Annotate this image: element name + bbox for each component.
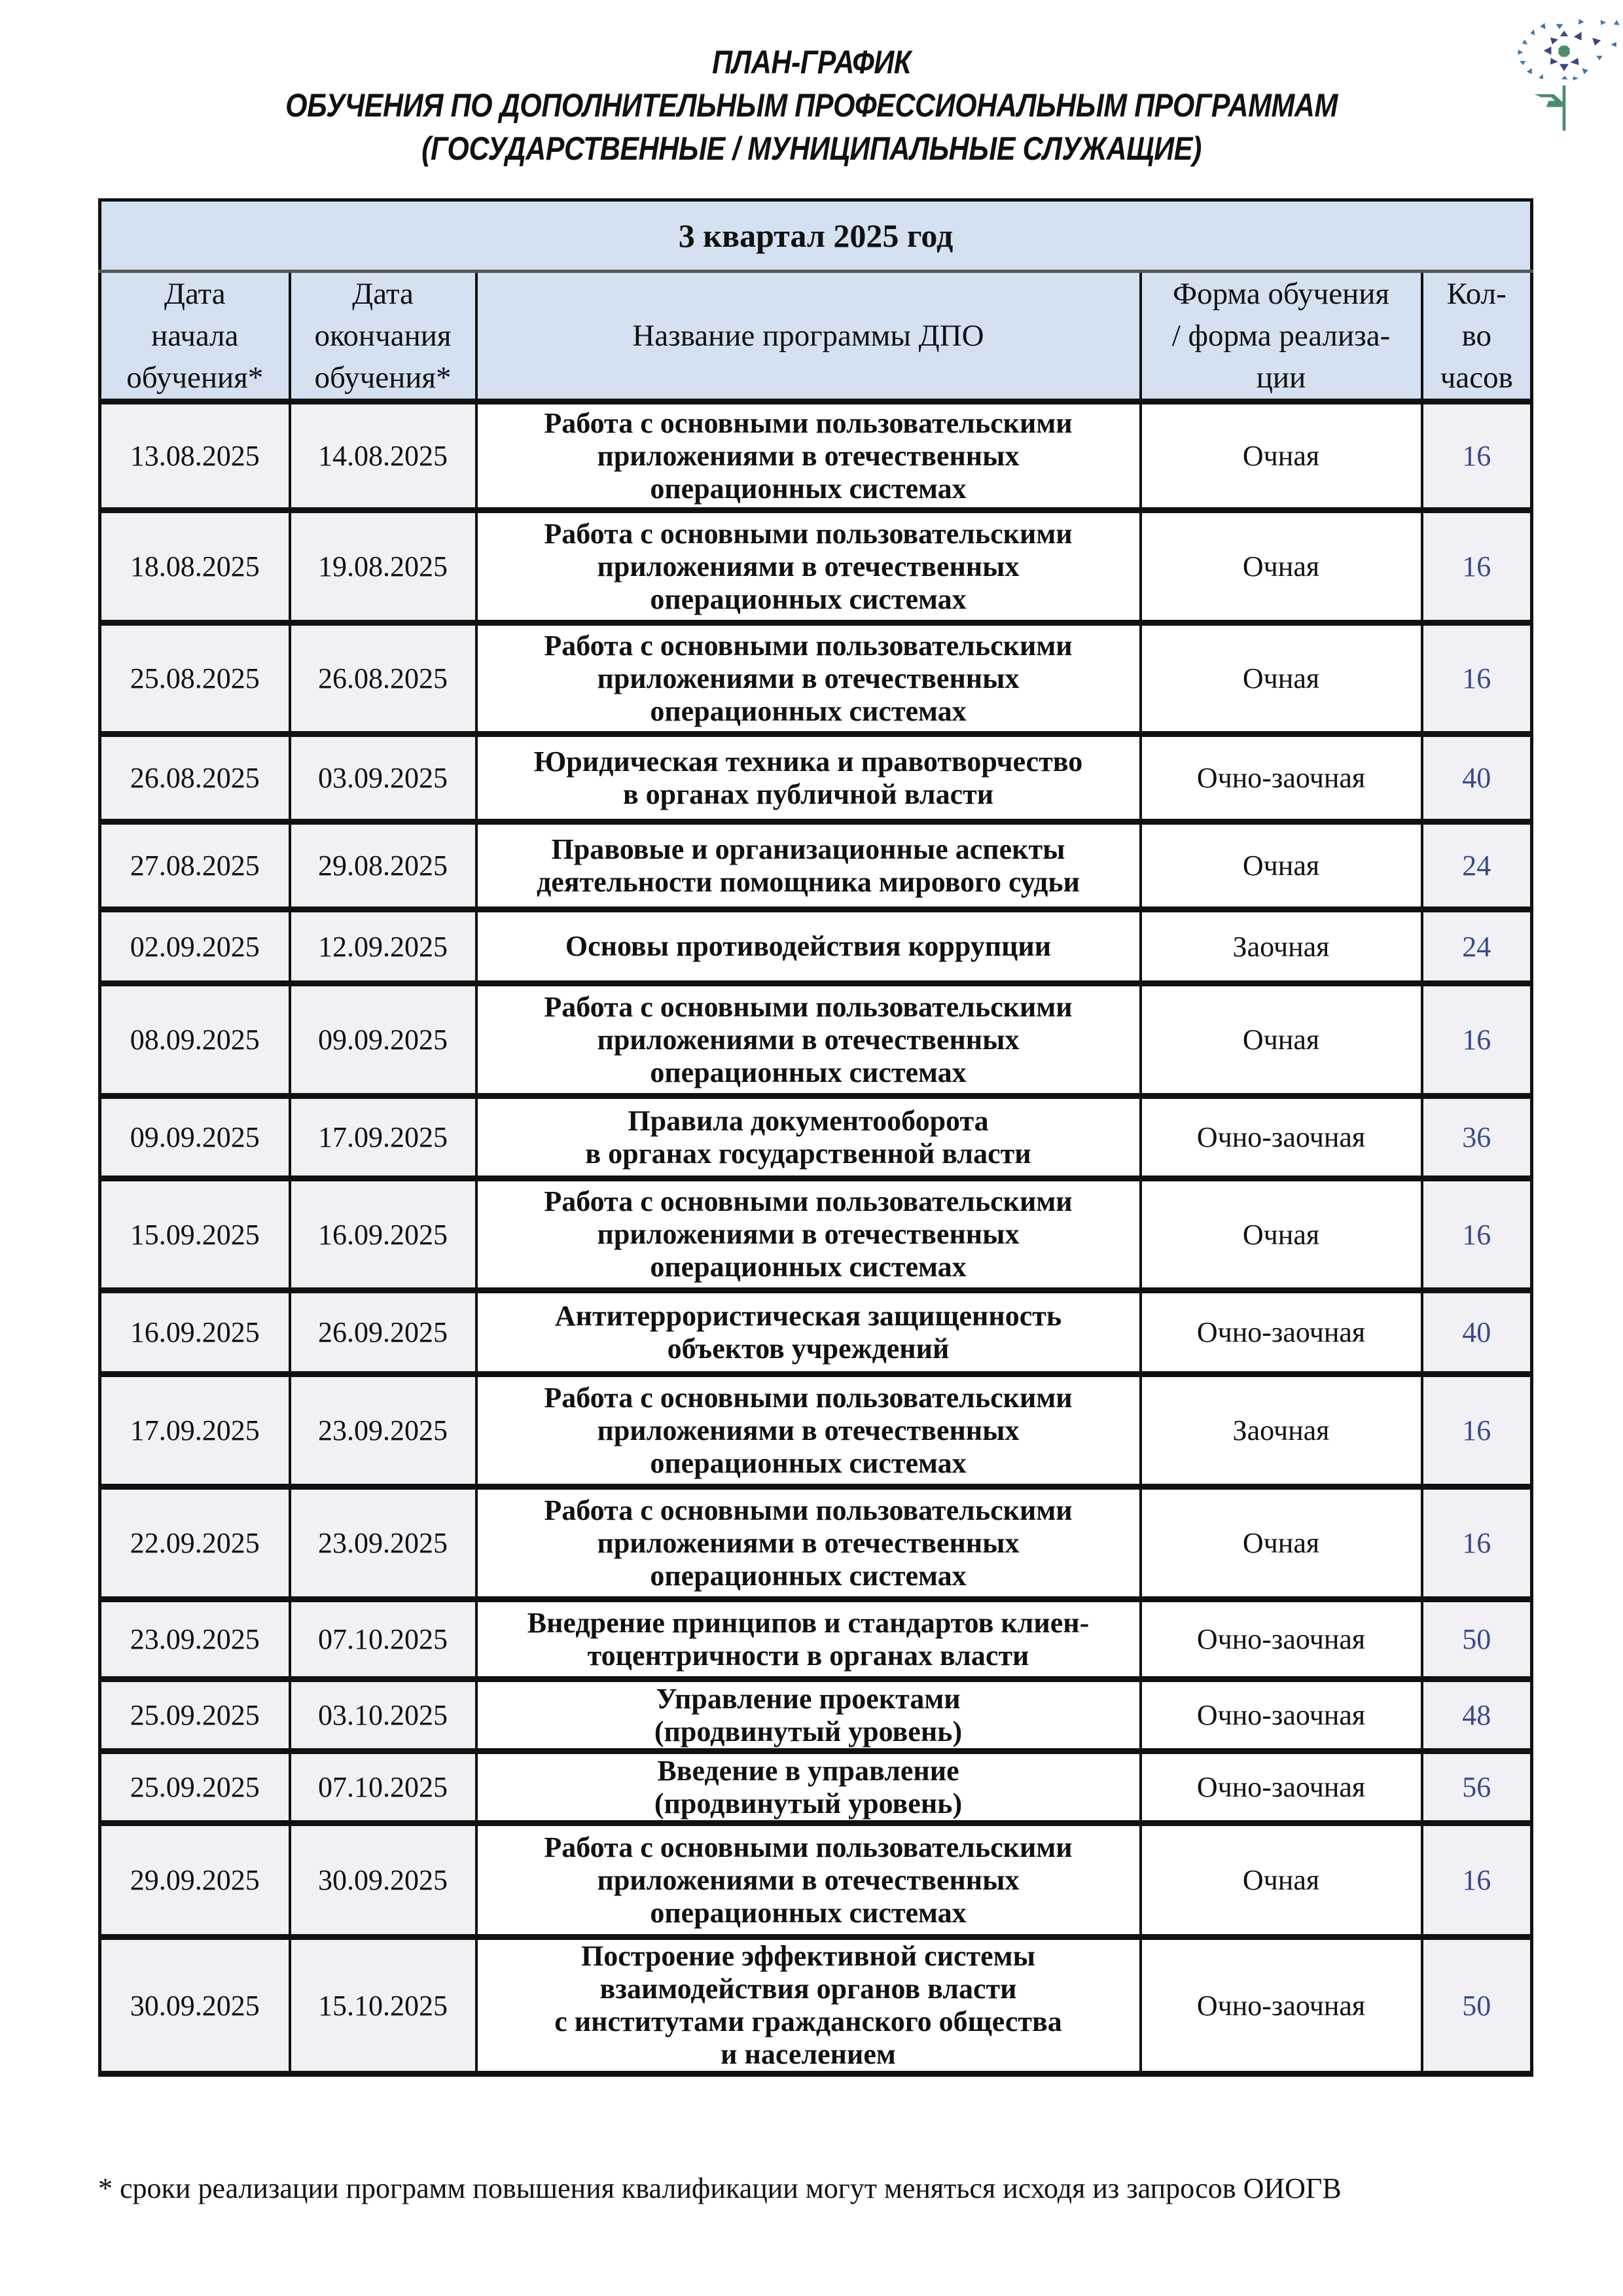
form-cell: Очная — [1141, 511, 1422, 623]
table-row: 26.08.202503.09.2025Юридическая техника … — [100, 734, 1532, 822]
program-name-line: Работа с основными пользовательскими — [482, 518, 1135, 550]
program-name-line: приложениями в отечественных — [482, 440, 1135, 473]
hours-cell: 36 — [1422, 1096, 1532, 1179]
hours-cell: 16 — [1422, 623, 1532, 734]
hours-cell: 16 — [1422, 984, 1532, 1096]
header-line: Название программы ДПО — [482, 315, 1135, 357]
end-date-cell: 14.08.2025 — [290, 402, 476, 511]
table-row: 16.09.202526.09.2025Антитеррористическая… — [100, 1291, 1532, 1374]
start-date-cell: 25.09.2025 — [100, 1679, 290, 1751]
program-name-line: операционных системах — [482, 1560, 1135, 1592]
table-row: 29.09.202530.09.2025Работа с основными п… — [100, 1823, 1532, 1937]
dandelion-logo-icon — [1505, 0, 1623, 151]
end-date-cell: 23.09.2025 — [290, 1487, 476, 1600]
program-name-line: Построение эффективной системы — [482, 1940, 1135, 1973]
program-name-line: приложениями в отечественных — [482, 1864, 1135, 1897]
form-cell: Заочная — [1141, 1374, 1422, 1487]
program-name-cell: Работа с основными пользовательскимиприл… — [476, 1374, 1141, 1487]
table-row: 17.09.202523.09.2025Работа с основными п… — [100, 1374, 1532, 1487]
form-cell: Очно-заочная — [1141, 734, 1422, 822]
program-name-cell: Основы противодействия коррупции — [476, 910, 1141, 984]
table-row: 27.08.202529.08.2025Правовые и организац… — [100, 822, 1532, 910]
end-date-cell: 03.09.2025 — [290, 734, 476, 822]
start-date-cell: 13.08.2025 — [100, 402, 290, 511]
footnote: * сроки реализации программ повышения кв… — [98, 2172, 1538, 2205]
form-cell: Очно-заочная — [1141, 1937, 1422, 2074]
document-title: ПЛАН-ГРАФИК ОБУЧЕНИЯ ПО ДОПОЛНИТЕЛЬНЫМ П… — [114, 41, 1510, 170]
header-line: Кол- — [1427, 273, 1527, 315]
start-date-cell: 02.09.2025 — [100, 910, 290, 984]
form-cell: Очно-заочная — [1141, 1096, 1422, 1179]
program-name-cell: Построение эффективной системывзаимодейс… — [476, 1937, 1141, 2074]
form-cell: Очная — [1141, 1179, 1422, 1291]
program-name-line: приложениями в отечественных — [482, 1414, 1135, 1447]
quarter-title: 3 квартал 2025 год — [100, 200, 1532, 272]
program-name-line: операционных системах — [482, 1897, 1135, 1929]
program-name-line: объектов учреждений — [482, 1333, 1135, 1365]
start-date-cell: 15.09.2025 — [100, 1179, 290, 1291]
program-name-line: Работа с основными пользовательскими — [482, 407, 1135, 440]
form-cell: Очная — [1141, 1823, 1422, 1937]
program-name-line: с институтами гражданского общества — [482, 2005, 1135, 2038]
end-date-cell: 26.09.2025 — [290, 1291, 476, 1374]
table-row: 25.09.202507.10.2025Введение в управлени… — [100, 1751, 1532, 1823]
form-cell: Заочная — [1141, 910, 1422, 984]
hours-cell: 24 — [1422, 822, 1532, 910]
program-name-cell: Введение в управление(продвинутый уровен… — [476, 1751, 1141, 1823]
end-date-cell: 26.08.2025 — [290, 623, 476, 734]
table-row: 15.09.202516.09.2025Работа с основными п… — [100, 1179, 1532, 1291]
start-date-cell: 08.09.2025 — [100, 984, 290, 1096]
program-name-cell: Работа с основными пользовательскимиприл… — [476, 511, 1141, 623]
start-date-cell: 17.09.2025 — [100, 1374, 290, 1487]
end-date-cell: 12.09.2025 — [290, 910, 476, 984]
start-date-cell: 25.09.2025 — [100, 1751, 290, 1823]
program-name-line: приложениями в отечественных — [482, 662, 1135, 695]
form-cell: Очно-заочная — [1141, 1679, 1422, 1751]
hours-cell: 16 — [1422, 1823, 1532, 1937]
table-row: 25.09.202503.10.2025Управление проектами… — [100, 1679, 1532, 1751]
program-name-line: Работа с основными пользовательскими — [482, 1494, 1135, 1527]
title-line: ПЛАН-ГРАФИК — [114, 41, 1510, 84]
start-date-cell: 29.09.2025 — [100, 1823, 290, 1937]
header-line: Дата — [105, 273, 285, 315]
form-cell: Очная — [1141, 402, 1422, 511]
hours-cell: 16 — [1422, 1487, 1532, 1600]
program-name-line: в органах публичной власти — [482, 778, 1135, 811]
header-line: ции — [1146, 357, 1417, 399]
table-row: 23.09.202507.10.2025Внедрение принципов … — [100, 1600, 1532, 1679]
program-name-cell: Работа с основными пользовательскимиприл… — [476, 402, 1141, 511]
start-date-cell: 25.08.2025 — [100, 623, 290, 734]
program-name-line: в органах государственной власти — [482, 1138, 1135, 1170]
program-name-cell: Работа с основными пользовательскимиприл… — [476, 1179, 1141, 1291]
hours-cell: 16 — [1422, 402, 1532, 511]
program-name-cell: Работа с основными пользовательскимиприл… — [476, 1823, 1141, 1937]
form-cell: Очная — [1141, 623, 1422, 734]
header-line: окончания — [295, 315, 471, 357]
start-date-cell: 27.08.2025 — [100, 822, 290, 910]
hours-cell: 16 — [1422, 1374, 1532, 1487]
program-name-line: Работа с основными пользовательскими — [482, 1185, 1135, 1218]
start-date-cell: 23.09.2025 — [100, 1600, 290, 1679]
program-name-line: (продвинутый уровень) — [482, 1787, 1135, 1820]
form-cell: Очная — [1141, 822, 1422, 910]
program-name-cell: Работа с основными пользовательскимиприл… — [476, 984, 1141, 1096]
title-line: ОБУЧЕНИЯ ПО ДОПОЛНИТЕЛЬНЫМ ПРОФЕССИОНАЛЬ… — [114, 84, 1510, 127]
program-name-line: Работа с основными пользовательскими — [482, 1831, 1135, 1864]
start-date-cell: 16.09.2025 — [100, 1291, 290, 1374]
end-date-cell: 17.09.2025 — [290, 1096, 476, 1179]
start-date-cell: 30.09.2025 — [100, 1937, 290, 2074]
column-header-start-date: Датаначалаобучения* — [100, 272, 290, 402]
end-date-cell: 03.10.2025 — [290, 1679, 476, 1751]
header-line: часов — [1427, 357, 1527, 399]
title-line: (ГОСУДАРСТВЕННЫЕ / МУНИЦИПАЛЬНЫЕ СЛУЖАЩИ… — [114, 127, 1510, 170]
program-name-line: Работа с основными пользовательскими — [482, 991, 1135, 1024]
program-name-cell: Внедрение принципов и стандартов клиен-т… — [476, 1600, 1141, 1679]
start-date-cell: 18.08.2025 — [100, 511, 290, 623]
table-row: 18.08.202519.08.2025Работа с основными п… — [100, 511, 1532, 623]
hours-cell: 50 — [1422, 1600, 1532, 1679]
hours-cell: 50 — [1422, 1937, 1532, 2074]
end-date-cell: 07.10.2025 — [290, 1751, 476, 1823]
program-name-line: Основы противодействия коррупции — [482, 930, 1135, 963]
header-line: Форма обучения — [1146, 273, 1417, 315]
form-cell: Очная — [1141, 1487, 1422, 1600]
program-name-cell: Правила документооборотав органах госуда… — [476, 1096, 1141, 1179]
program-name-line: операционных системах — [482, 695, 1135, 728]
form-cell: Очно-заочная — [1141, 1751, 1422, 1823]
table-row: 08.09.202509.09.2025Работа с основными п… — [100, 984, 1532, 1096]
end-date-cell: 07.10.2025 — [290, 1600, 476, 1679]
program-name-line: операционных системах — [482, 583, 1135, 616]
training-schedule-table: 3 квартал 2025 год Датаначалаобучения*Да… — [98, 198, 1533, 2077]
end-date-cell: 09.09.2025 — [290, 984, 476, 1096]
end-date-cell: 16.09.2025 — [290, 1179, 476, 1291]
start-date-cell: 26.08.2025 — [100, 734, 290, 822]
program-name-line: приложениями в отечественных — [482, 1527, 1135, 1560]
header-line: во — [1427, 315, 1527, 357]
hours-cell: 24 — [1422, 910, 1532, 984]
program-name-cell: Юридическая техника и правотворчествов о… — [476, 734, 1141, 822]
table-row: 25.08.202526.08.2025Работа с основными п… — [100, 623, 1532, 734]
program-name-line: Работа с основными пользовательскими — [482, 630, 1135, 662]
hours-cell: 40 — [1422, 734, 1532, 822]
program-name-line: Работа с основными пользовательскими — [482, 1382, 1135, 1414]
program-name-line: операционных системах — [482, 1251, 1135, 1283]
header-line: / форма реализа- — [1146, 315, 1417, 357]
program-name-cell: Работа с основными пользовательскимиприл… — [476, 623, 1141, 734]
hours-cell: 48 — [1422, 1679, 1532, 1751]
program-name-line: операционных системах — [482, 1056, 1135, 1089]
program-name-line: тоцентричности в органах власти — [482, 1640, 1135, 1672]
start-date-cell: 09.09.2025 — [100, 1096, 290, 1179]
program-name-line: приложениями в отечественных — [482, 1024, 1135, 1056]
form-cell: Очно-заочная — [1141, 1600, 1422, 1679]
hours-cell: 56 — [1422, 1751, 1532, 1823]
program-name-cell: Работа с основными пользовательскимиприл… — [476, 1487, 1141, 1600]
header-line: обучения* — [105, 357, 285, 399]
hours-cell: 16 — [1422, 1179, 1532, 1291]
header-line: начала — [105, 315, 285, 357]
program-name-line: Юридическая техника и правотворчество — [482, 745, 1135, 778]
program-name-cell: Управление проектами(продвинутый уровень… — [476, 1679, 1141, 1751]
end-date-cell: 30.09.2025 — [290, 1823, 476, 1937]
program-name-line: Введение в управление — [482, 1755, 1135, 1787]
form-cell: Очная — [1141, 984, 1422, 1096]
start-date-cell: 22.09.2025 — [100, 1487, 290, 1600]
column-header-form: Форма обучения/ форма реализа-ции — [1141, 272, 1422, 402]
program-name-line: (продвинутый уровень) — [482, 1715, 1135, 1748]
end-date-cell: 29.08.2025 — [290, 822, 476, 910]
program-name-line: Внедрение принципов и стандартов клиен- — [482, 1607, 1135, 1640]
table-row: 22.09.202523.09.2025Работа с основными п… — [100, 1487, 1532, 1600]
end-date-cell: 15.10.2025 — [290, 1937, 476, 2074]
column-header-hours: Кол-вочасов — [1422, 272, 1532, 402]
program-name-cell: Правовые и организационные аспектыдеятел… — [476, 822, 1141, 910]
end-date-cell: 23.09.2025 — [290, 1374, 476, 1487]
program-name-line: операционных системах — [482, 473, 1135, 505]
program-name-line: операционных системах — [482, 1447, 1135, 1480]
table-row: 02.09.202512.09.2025Основы противодейств… — [100, 910, 1532, 984]
program-name-line: Правовые и организационные аспекты — [482, 833, 1135, 866]
program-name-line: деятельности помощника мирового судьи — [482, 866, 1135, 899]
header-line: обучения* — [295, 357, 471, 399]
column-header-program-name: Название программы ДПО — [476, 272, 1141, 402]
program-name-cell: Антитеррористическая защищенностьобъекто… — [476, 1291, 1141, 1374]
hours-cell: 16 — [1422, 511, 1532, 623]
end-date-cell: 19.08.2025 — [290, 511, 476, 623]
program-name-line: приложениями в отечественных — [482, 1218, 1135, 1251]
program-name-line: Антитеррористическая защищенность — [482, 1300, 1135, 1333]
table-row: 13.08.202514.08.2025Работа с основными п… — [100, 402, 1532, 511]
table-row: 30.09.202515.10.2025Построение эффективн… — [100, 1937, 1532, 2074]
program-name-line: Управление проектами — [482, 1683, 1135, 1715]
column-header-end-date: Датаокончанияобучения* — [290, 272, 476, 402]
table-row: 09.09.202517.09.2025Правила документообо… — [100, 1096, 1532, 1179]
header-line: Дата — [295, 273, 471, 315]
hours-cell: 40 — [1422, 1291, 1532, 1374]
form-cell: Очно-заочная — [1141, 1291, 1422, 1374]
program-name-line: и населением — [482, 2038, 1135, 2071]
program-name-line: Правила документооборота — [482, 1105, 1135, 1138]
program-name-line: приложениями в отечественных — [482, 550, 1135, 583]
program-name-line: взаимодействия органов власти — [482, 1973, 1135, 2005]
